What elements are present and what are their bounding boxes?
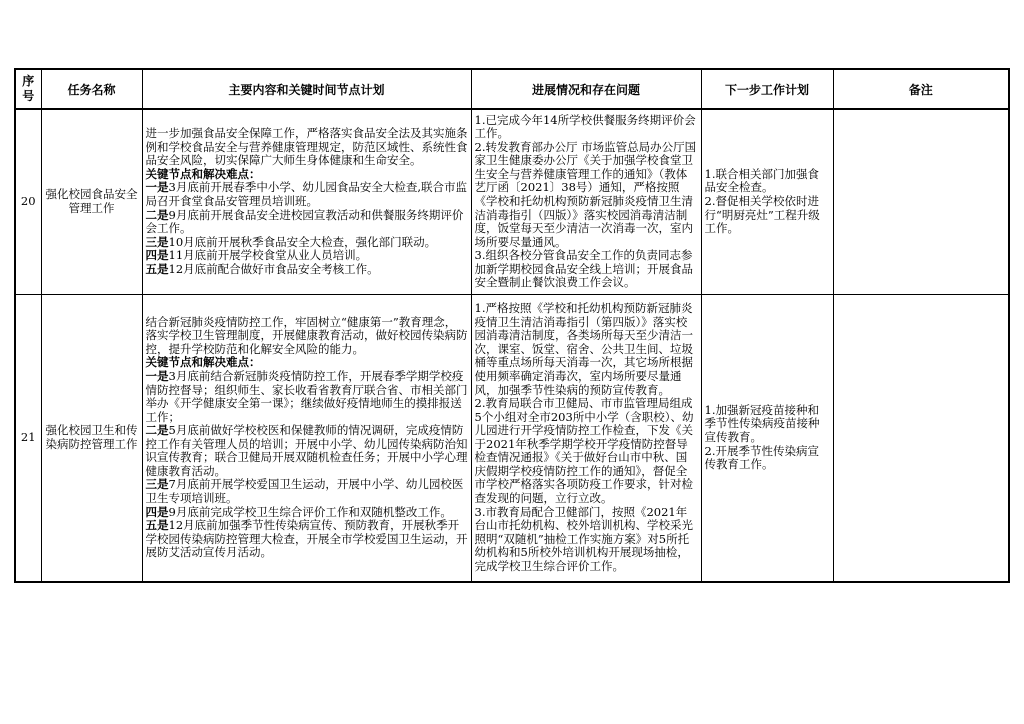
col-header-plan: 主要内容和关键时间节点计划 — [142, 69, 471, 109]
progress-cell: 1.已完成今年14所学校供餐服务终期评价会工作。2.转发教育部办公厅 市场监管总… — [471, 109, 701, 294]
progress-item: 2.教育局联合市卫健局、市市监管理局组成5个小组对全市203所中小学（含职校）、… — [475, 397, 698, 506]
col-header-next-steps: 下一步工作计划 — [701, 69, 833, 109]
progress-item: 1.已完成今年14所学校供餐服务终期评价会工作。 — [475, 114, 698, 141]
remark-cell — [833, 109, 1009, 294]
header-row: 序 号 任务名称 主要内容和关键时间节点计划 进展情况和存在问题 下一步工作计划… — [15, 69, 1009, 109]
plan-item: 五是12月底前配合做好市食品安全考核工作。 — [146, 263, 468, 277]
progress-cell: 1.严格按照《学校和托幼机构预防新冠肺炎疫情卫生清洁消毒指引（第四版）》落实校园… — [471, 294, 701, 582]
col-header-progress: 进展情况和存在问题 — [471, 69, 701, 109]
plan-intro: 进一步加强食品安全保障工作，严格落实食品安全法及其实施条例和学校食品安全与营养健… — [146, 127, 468, 168]
next-steps-cell: 1.联合相关部门加强食品安全检查。2.督促相关学校依时进行“明厨亮灶”工程升级工… — [701, 109, 833, 294]
work-plan-table: 序 号 任务名称 主要内容和关键时间节点计划 进展情况和存在问题 下一步工作计划… — [14, 68, 1010, 583]
serial-number-cell: 21 — [15, 294, 41, 582]
task-name-cell: 强化校园卫生和传染病防控管理工作 — [41, 294, 142, 582]
plan-item-prefix: 三是 — [146, 477, 169, 491]
plan-item: 四是9月底前完成学校卫生综合评价工作和双随机整改工作。 — [146, 506, 468, 520]
remark-cell — [833, 294, 1009, 582]
plan-item: 四是11月底前开展学校食堂从业人员培训。 — [146, 249, 468, 263]
plan-item-prefix: 四是 — [146, 248, 169, 262]
plan-item: 一是3月底前结合新冠肺炎疫情防控工作，开展春季学期学校疫情防控督导；组织师生、家… — [146, 370, 468, 424]
plan-item: 二是5月底前做好学校校医和保健教师的情况调研，完成疫情防控工作有关管理人员的培训… — [146, 424, 468, 478]
col-header-serial-number: 序 号 — [15, 69, 41, 109]
next-step-item: 1.联合相关部门加强食品安全检查。 — [705, 168, 830, 195]
plan-item-prefix: 五是 — [146, 518, 169, 532]
plan-item-prefix: 三是 — [146, 235, 169, 249]
next-step-item: 2.开展季节性传染病宣传教育工作。 — [705, 445, 830, 472]
plan-item: 三是10月底前开展秋季食品安全大检查，强化部门联动。 — [146, 236, 468, 250]
plan-item-prefix: 一是 — [146, 369, 169, 383]
table-body: 20强化校园食品安全管理工作进一步加强食品安全保障工作，严格落实食品安全法及其实… — [15, 109, 1009, 582]
next-step-item: 2.督促相关学校依时进行“明厨亮灶”工程升级工作。 — [705, 195, 830, 236]
plan-heading: 关键节点和解决难点： — [146, 356, 468, 370]
col-header-remark: 备注 — [833, 69, 1009, 109]
plan-item-prefix: 五是 — [146, 262, 169, 276]
progress-item: 3.组织各校分管食品安全工作的负责同志参加新学期校园食品安全线上培训；开展食品安… — [475, 249, 698, 290]
task-name-cell: 强化校园食品安全管理工作 — [41, 109, 142, 294]
plan-intro: 结合新冠肺炎疫情防控工作，牢固树立“健康第一”教育理念，落实学校卫生管理制度，开… — [146, 316, 468, 357]
document-page: 序 号 任务名称 主要内容和关键时间节点计划 进展情况和存在问题 下一步工作计划… — [0, 0, 1024, 724]
progress-item: 1.严格按照《学校和托幼机构预防新冠肺炎疫情卫生清洁消毒指引（第四版）》落实校园… — [475, 302, 698, 397]
plan-heading: 关键节点和解决难点： — [146, 168, 468, 182]
plan-item: 五是12月底前加强季节性传染病宣传、预防教育，开展秋季开学校园传染病防控管理大检… — [146, 519, 468, 560]
table-row: 20强化校园食品安全管理工作进一步加强食品安全保障工作，严格落实食品安全法及其实… — [15, 109, 1009, 294]
plan-item: 二是9月底前开展食品安全进校园宣教活动和供餐服务终期评价会工作。 — [146, 209, 468, 236]
plan-cell: 结合新冠肺炎疫情防控工作，牢固树立“健康第一”教育理念，落实学校卫生管理制度，开… — [142, 294, 471, 582]
plan-item-prefix: 二是 — [146, 423, 169, 437]
progress-item: 3.市教育局配合卫健部门，按照《2021年台山市托幼机构、校外培训机构、学校采光… — [475, 506, 698, 574]
next-steps-cell: 1.加强新冠疫苗接种和季节性传染病疫苗接种宣传教育。2.开展季节性传染病宣传教育… — [701, 294, 833, 582]
plan-cell: 进一步加强食品安全保障工作，严格落实食品安全法及其实施条例和学校食品安全与营养健… — [142, 109, 471, 294]
plan-item: 一是3月底前开展春季中小学、幼儿园食品安全大检查,联合市监局召开食堂食品安管理员… — [146, 181, 468, 208]
progress-item: 2.转发教育部办公厅 市场监管总局办公厅国家卫生健康委办公厅《关于加强学校食堂卫… — [475, 141, 698, 250]
plan-item: 三是7月底前开展学校爱国卫生运动，开展中小学、幼儿园校医卫生专项培训班。 — [146, 478, 468, 505]
serial-number-cell: 20 — [15, 109, 41, 294]
plan-item-prefix: 一是 — [146, 180, 169, 194]
col-header-task-name: 任务名称 — [41, 69, 142, 109]
table-header: 序 号 任务名称 主要内容和关键时间节点计划 进展情况和存在问题 下一步工作计划… — [15, 69, 1009, 109]
table-row: 21强化校园卫生和传染病防控管理工作结合新冠肺炎疫情防控工作，牢固树立“健康第一… — [15, 294, 1009, 582]
plan-item-prefix: 二是 — [146, 208, 169, 222]
plan-item-prefix: 四是 — [146, 505, 169, 519]
next-step-item: 1.加强新冠疫苗接种和季节性传染病疫苗接种宣传教育。 — [705, 404, 830, 445]
